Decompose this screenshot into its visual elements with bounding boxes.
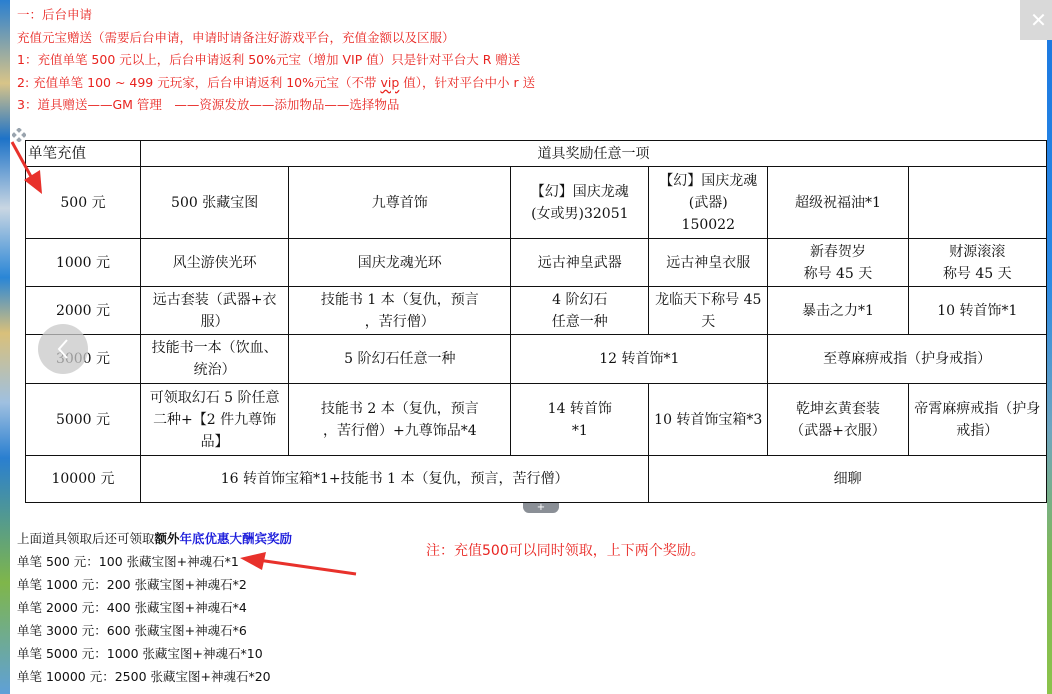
reward-cell: 细聊 [649,456,1047,503]
reward-cell: 乾坤玄黄套装（武器+衣服） [768,384,908,456]
reward-cell: 帝霄麻痹戒指（护身戒指） [908,384,1046,456]
reward-cell: 暴击之力*1 [768,287,908,335]
reward-cell: 财源滚滚称号 45 天 [908,239,1046,287]
vip-word: vip [380,75,399,90]
intro-line-5: 3：道具赠送——GM 管理 ——资源发放——添加物品——选择物品 [17,94,535,117]
amount-cell: 500 元 [26,167,141,239]
reward-cell: 500 张藏宝图 [140,167,288,239]
reward-cell: 技能书 1 本（复仇，预言，苦行僧） [289,287,511,335]
image-viewer-content: 一：后台申请 充值元宝赠送（需要后台申请，申请时请备注好游戏平台，充值金额以及区… [10,0,1047,694]
reward-cell: 14 转首饰*1 [511,384,649,456]
intro-line-2: 充值元宝赠送（需要后台申请，申请时请备注好游戏平台，充值金额以及区服） [17,27,535,50]
amount-cell: 5000 元 [26,384,141,456]
bonus-line: 单笔 2000 元：400 张藏宝图+神魂石*4 [17,596,292,619]
reward-cell-empty [908,167,1046,239]
reward-cell: 12 转首饰*1 [511,335,768,384]
reward-table: 单笔充值 道具奖励任意一项 500 元 500 张藏宝图 九尊首饰 【幻】国庆龙… [25,140,1047,503]
reward-cell: 可领取幻石 5 阶任意二种+【2 件九尊饰品】 [140,384,288,456]
reward-cell: 【幻】国庆龙魂(武器)150022 [649,167,768,239]
amount-cell: 10000 元 [26,456,141,503]
bonus-line: 单笔 3000 元：600 张藏宝图+神魂石*6 [17,619,292,642]
intro-line-1: 一：后台申请 [17,4,535,27]
amount-cell: 2000 元 [26,287,141,335]
bonus-section: 上面道具领取后还可领取额外年底优惠大酬宾奖励 单笔 500 元：100 张藏宝图… [17,527,292,688]
expand-button[interactable]: + [523,503,559,513]
close-icon: ✕ [1030,8,1047,32]
reward-cell: 九尊首饰 [289,167,511,239]
reward-cell: 5 阶幻石任意一种 [289,335,511,384]
reward-cell: 10 转首饰*1 [908,287,1046,335]
previous-image-button[interactable] [38,324,88,374]
reward-cell: 10 转首饰宝箱*3 [649,384,768,456]
red-note: 注：充值500可以同时领取，上下两个奖励。 [426,540,705,560]
reward-cell: 国庆龙魂光环 [289,239,511,287]
chevron-left-icon [55,337,71,361]
reward-cell: 远古神皇武器 [511,239,649,287]
reward-cell: 4 阶幻石任意一种 [511,287,649,335]
reward-cell: 超级祝福油*1 [768,167,908,239]
reward-cell: 【幻】国庆龙魂(女或男)32051 [511,167,649,239]
amount-cell: 1000 元 [26,239,141,287]
move-handle-icon[interactable] [12,128,26,142]
bonus-title: 上面道具领取后还可领取额外年底优惠大酬宾奖励 [17,527,292,550]
close-button[interactable]: ✕ [1020,0,1052,40]
bonus-line: 单笔 10000 元：2500 张藏宝图+神魂石*20 [17,665,292,688]
bonus-line: 单笔 1000 元：200 张藏宝图+神魂石*2 [17,573,292,596]
table-row: 500 元 500 张藏宝图 九尊首饰 【幻】国庆龙魂(女或男)32051 【幻… [26,167,1047,239]
bonus-line: 单笔 5000 元：1000 张藏宝图+神魂石*10 [17,642,292,665]
intro-text-block: 一：后台申请 充值元宝赠送（需要后台申请，申请时请备注好游戏平台，充值金额以及区… [17,4,535,117]
reward-cell: 16 转首饰宝箱*1+技能书 1 本（复仇，预言，苦行僧） [140,456,648,503]
reward-cell: 新春贺岁称号 45 天 [768,239,908,287]
table-row: 10000 元 16 转首饰宝箱*1+技能书 1 本（复仇，预言，苦行僧） 细聊 [26,456,1047,503]
reward-cell: 远古神皇衣服 [649,239,768,287]
reward-cell: 技能书 2 本（复仇，预言，苦行僧）+九尊饰品*4 [289,384,511,456]
header-item-reward: 道具奖励任意一项 [140,141,1046,167]
reward-cell: 技能书一本（饮血、统治） [140,335,288,384]
reward-cell: 风尘游侠光环 [140,239,288,287]
table-header-row: 单笔充值 道具奖励任意一项 [26,141,1047,167]
reward-cell: 龙临天下称号 45天 [649,287,768,335]
intro-line-4: 2: 充值单笔 100 ~ 499 元玩家，后台申请返利 10%元宝（不带 vi… [17,72,535,95]
reward-cell: 至尊麻痹戒指（护身戒指） [768,335,1047,384]
reward-cell: 远古套装（武器+衣服） [140,287,288,335]
background-left-strip [0,0,10,694]
table-row: 5000 元 可领取幻石 5 阶任意二种+【2 件九尊饰品】 技能书 2 本（复… [26,384,1047,456]
header-single-recharge: 单笔充值 [26,141,141,167]
intro-line-3: 1：充值单笔 500 元以上，后台申请返利 50%元宝（增加 VIP 值）只是针… [17,49,535,72]
table-row: 1000 元 风尘游侠光环 国庆龙魂光环 远古神皇武器 远古神皇衣服 新春贺岁称… [26,239,1047,287]
bonus-line: 单笔 500 元：100 张藏宝图+神魂石*1 [17,550,292,573]
background-right-strip [1047,0,1052,694]
table-row: 2000 元 远古套装（武器+衣服） 技能书 1 本（复仇，预言，苦行僧） 4 … [26,287,1047,335]
table-row: 3000 元 技能书一本（饮血、统治） 5 阶幻石任意一种 12 转首饰*1 至… [26,335,1047,384]
plus-icon: + [537,502,545,513]
